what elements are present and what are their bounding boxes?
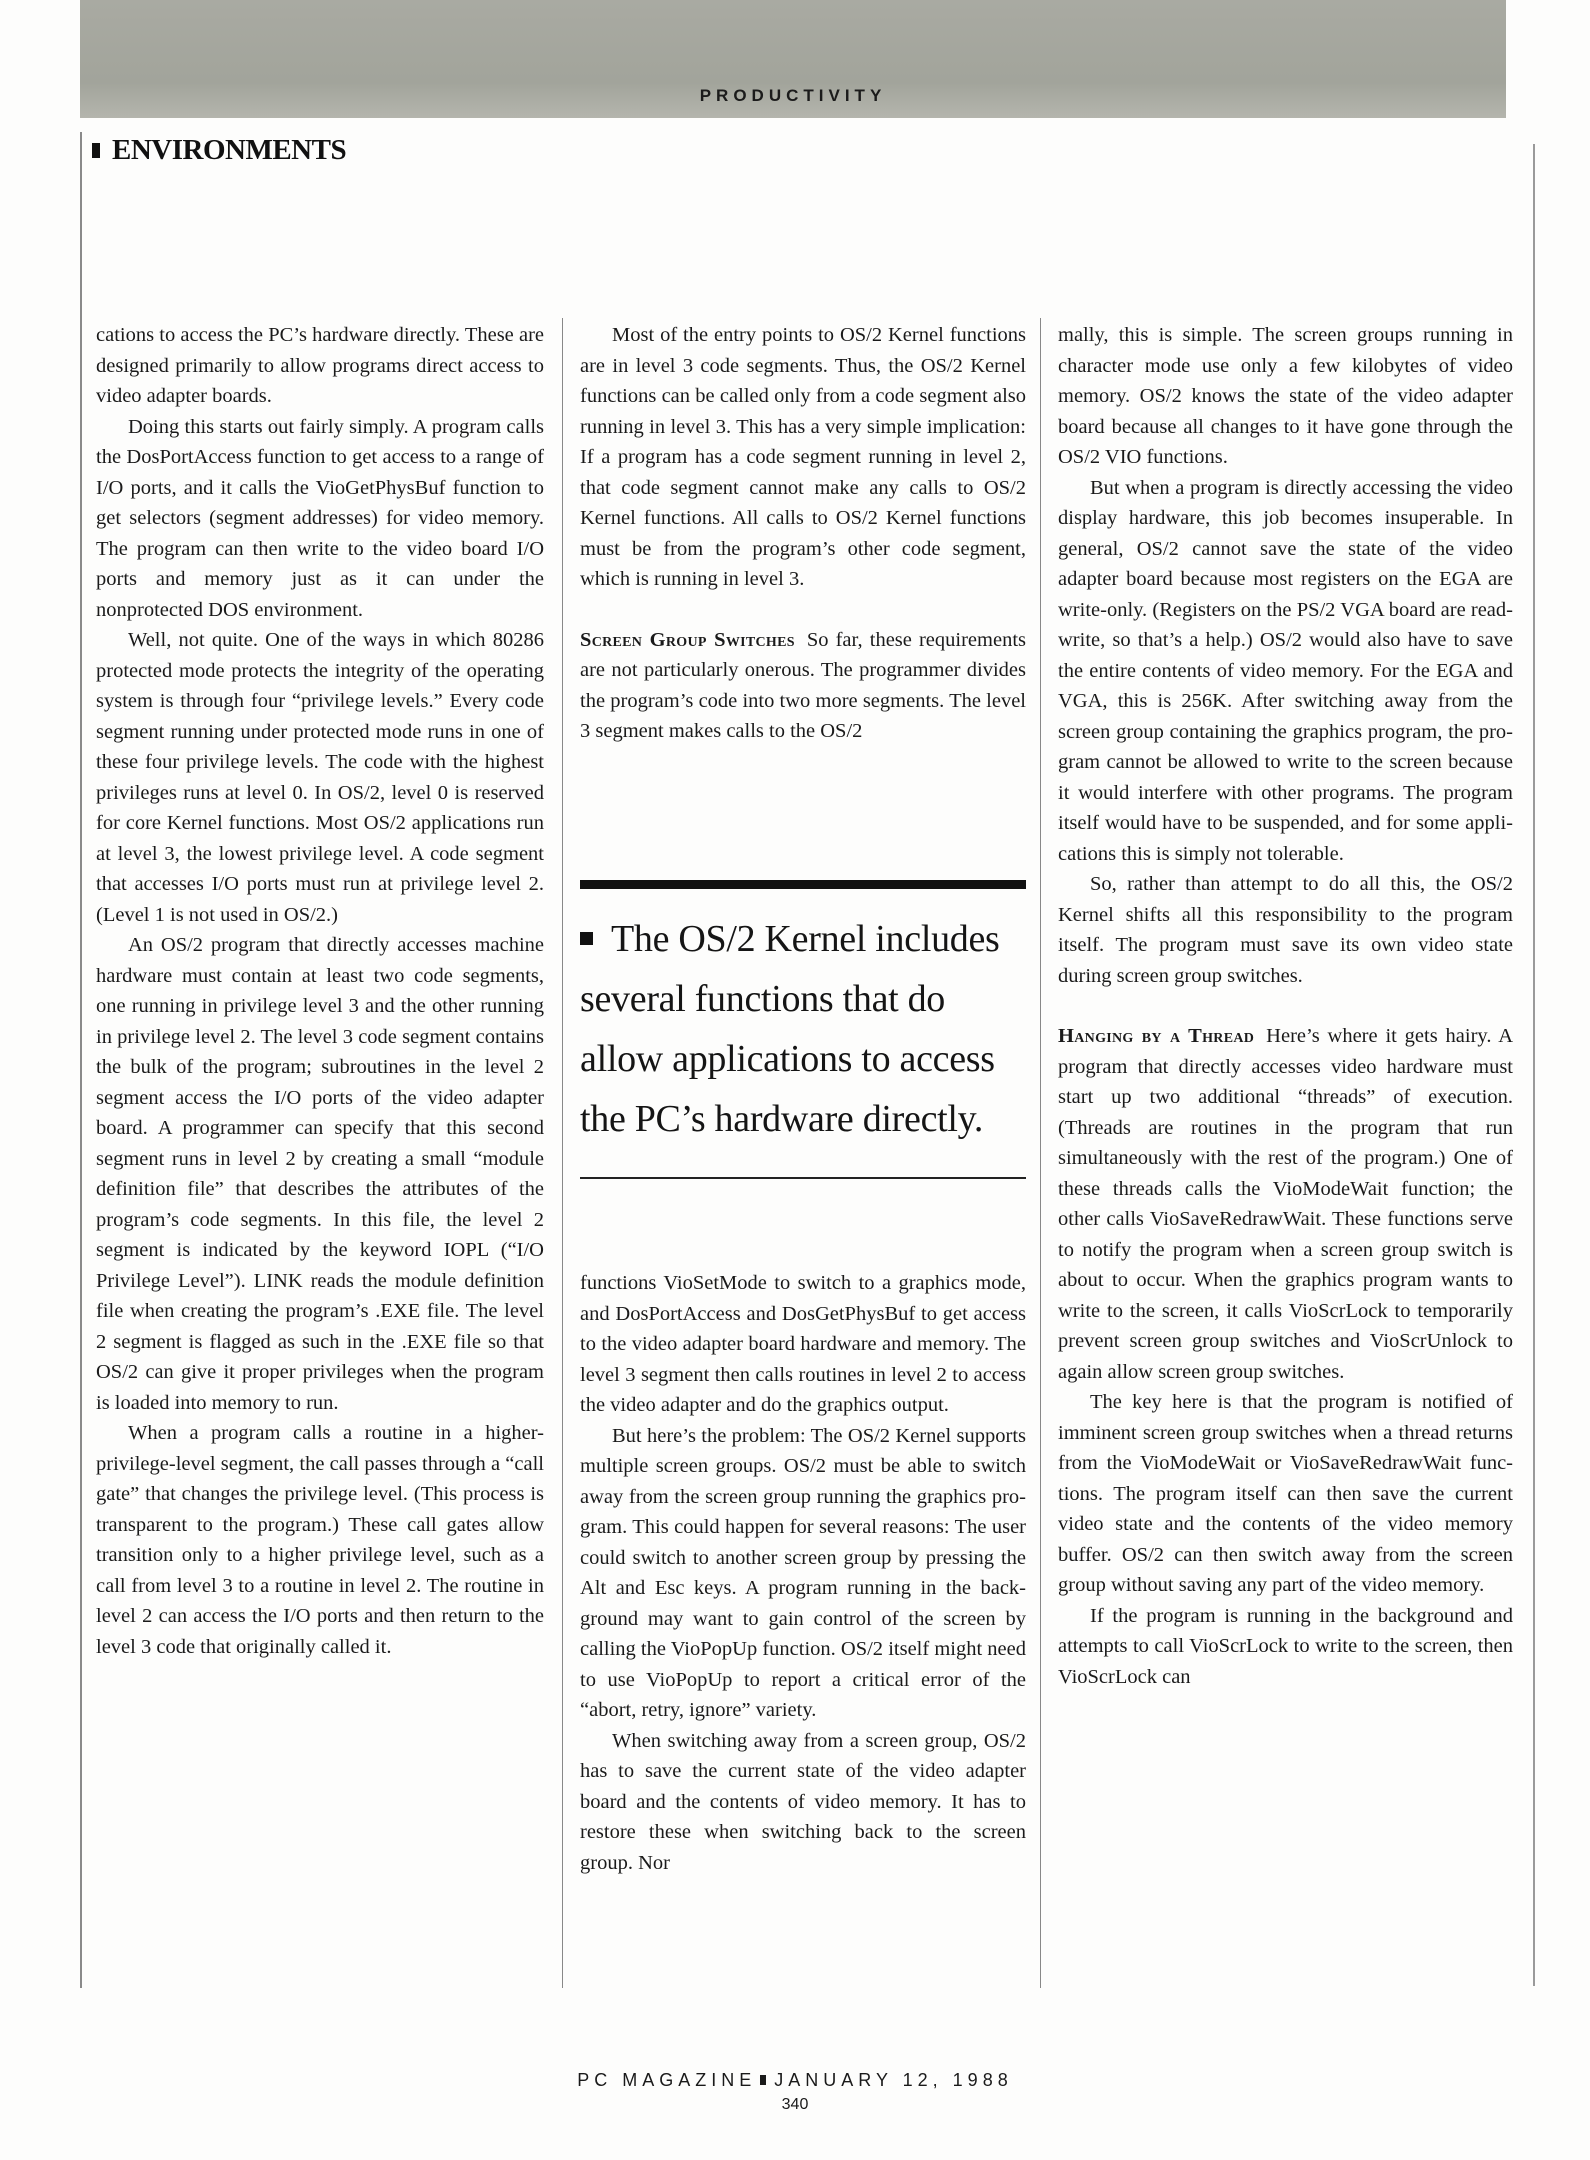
pull-quote-text: The OS/2 Kernel includes several functio… — [580, 918, 1000, 1140]
header-banner: PRODUCTIVITY — [80, 0, 1506, 118]
paragraph: Well, not quite. One of the ways in whic… — [96, 625, 544, 930]
page-frame-left-rule — [80, 132, 82, 1988]
paragraph: If the program is running in the back­gr… — [1058, 1601, 1513, 1693]
department-heading: ENVIRONMENTS — [92, 134, 346, 167]
paragraph: But when a program is directly acces­sin… — [1058, 473, 1513, 870]
publication-name: PC MAGAZINE — [577, 2070, 756, 2090]
paragraph: The key here is that the program is noti… — [1058, 1387, 1513, 1601]
subhead-body: Here’s where it gets hairy. A program th… — [1058, 1025, 1513, 1383]
article-column-3: mally, this is simple. The screen groups… — [1058, 320, 1513, 1692]
paragraph: Most of the entry points to OS/2 Kernel … — [580, 320, 1026, 595]
paragraph: When a program calls a routine in a high… — [96, 1418, 544, 1662]
subhead-hanging-by-a-thread: Hanging by a Thread — [1058, 1025, 1254, 1047]
paragraph: Doing this starts out fairly simply. A p… — [96, 412, 544, 626]
column-divider-1 — [562, 318, 563, 1988]
subhead-screen-group-switches: Screen Group Switches — [580, 629, 795, 651]
square-separator-icon — [760, 2075, 766, 2085]
paragraph: mally, this is simple. The screen groups… — [1058, 320, 1513, 473]
pull-quote-top-rule — [580, 880, 1026, 889]
subhead-paragraph: Hanging by a ThreadHere’s where it gets … — [1058, 1021, 1513, 1387]
column-divider-2 — [1040, 318, 1041, 1988]
paragraph: cations to access the PC’s hardware dire… — [96, 320, 544, 412]
paragraph: An OS/2 program that directly accesses m… — [96, 930, 544, 1418]
subhead-paragraph: Screen Group SwitchesSo far, these requi… — [580, 625, 1026, 747]
issue-date: JANUARY 12, 1988 — [774, 2070, 1012, 2090]
department-title: ENVIRONMENTS — [112, 134, 346, 167]
square-bullet-icon — [580, 932, 593, 945]
article-column-2: Most of the entry points to OS/2 Kernel … — [580, 320, 1026, 747]
page-frame-right-rule — [1533, 144, 1535, 1986]
section-label: PRODUCTIVITY — [80, 86, 1506, 106]
pull-quote-bottom-rule — [580, 1177, 1026, 1179]
paragraph: When switching away from a screen group,… — [580, 1726, 1026, 1879]
article-column-2-continued: functions VioSetMode to switch to a grap… — [580, 1268, 1026, 1878]
article-column-1: cations to access the PC’s hardware dire… — [96, 320, 544, 1662]
paragraph: But here’s the problem: The OS/2 Ker­nel… — [580, 1421, 1026, 1726]
page-number: 340 — [0, 2096, 1590, 2114]
paragraph: So, rather than attempt to do all this, … — [1058, 869, 1513, 991]
pull-quote: The OS/2 Kernel includes several functio… — [580, 880, 1026, 1179]
paragraph: functions VioSetMode to switch to a grap… — [580, 1268, 1026, 1421]
square-bullet-icon — [92, 143, 100, 158]
page-footer: PC MAGAZINEJANUARY 12, 1988 — [0, 2070, 1590, 2091]
